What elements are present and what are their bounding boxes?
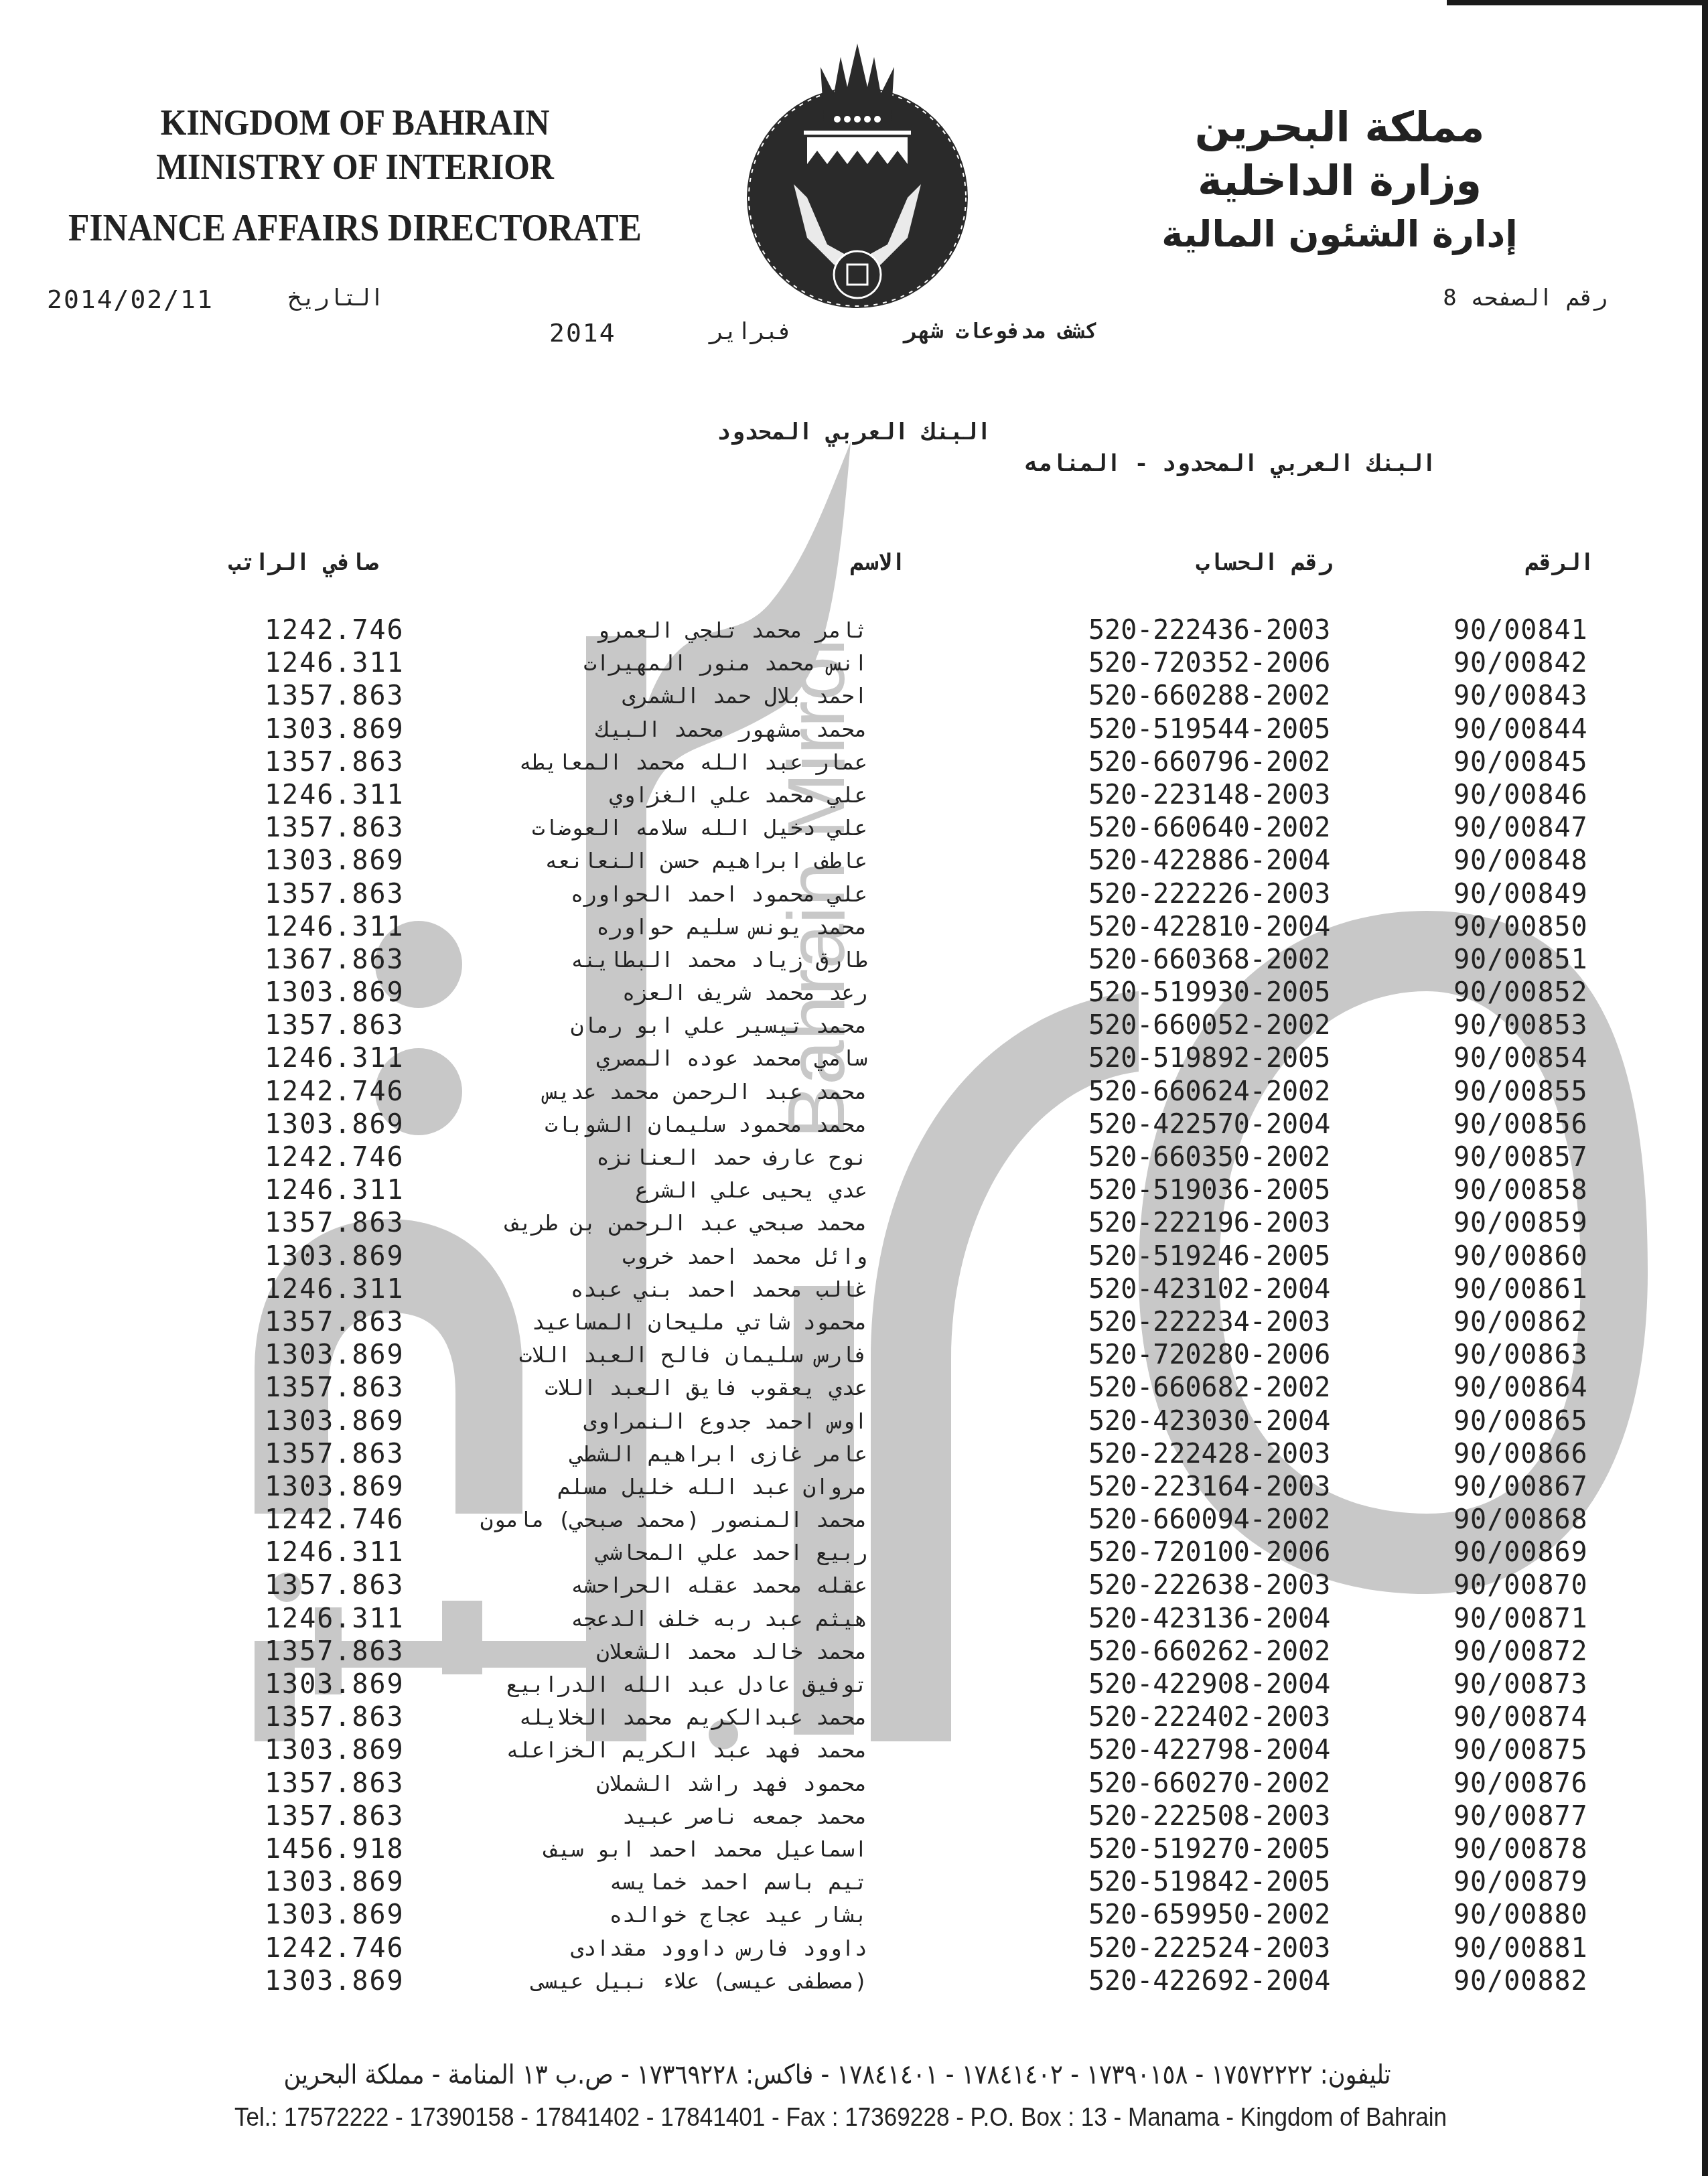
table-row: 90/00870520-222638-2003عقله محمد عقله ال… [0,1570,1708,1603]
account-number: 520-519270-2005 [1088,1834,1330,1865]
table-row: 90/00848520-422886-2004عاطف ابراهيم حسن … [0,845,1708,878]
employee-name: داوود فارس داوود مقدادى [571,1936,867,1961]
account-number: 520-422798-2004 [1088,1735,1330,1765]
employee-name: عامر غازى ابراهيم الشطي [571,1441,867,1467]
row-number: 90/00845 [1453,747,1588,778]
net-salary: 1303.869 [265,1339,405,1370]
employee-name: محمد فهد عبد الكريم الخزاعله [506,1737,867,1763]
row-number: 90/00859 [1453,1208,1588,1238]
row-number: 90/00864 [1453,1372,1588,1403]
row-number: 90/00880 [1453,1899,1588,1930]
employee-name: تيم باسم احمد خمايسه [610,1869,867,1895]
row-number: 90/00841 [1453,615,1588,646]
account-number: 520-720280-2006 [1088,1339,1330,1370]
table-row: 90/00846520-223148-2003علي محمد علي الغز… [0,780,1708,812]
table-row: 90/00855520-660624-2002محمد عبد الرحمن م… [0,1076,1708,1109]
employee-name: محمد صبحي عبد الرحمن بن طريف [506,1210,867,1236]
row-number: 90/00869 [1453,1537,1588,1568]
arabic-letterhead: مملكة البحرين وزارة الداخلية إدارة الشئو… [1072,100,1608,261]
arabic-header-line-3: إدارة الشئون المالية [1072,208,1608,261]
net-salary: 1303.869 [265,1241,405,1272]
net-salary: 1357.863 [265,1636,405,1667]
net-salary: 1303.869 [265,1471,405,1502]
employee-name: احمد بلال حمد الشمرى [622,683,867,709]
account-number: 520-222508-2003 [1088,1801,1330,1832]
net-salary: 1242.746 [265,1076,405,1107]
table-row: 90/00879520-519842-2005تيم باسم احمد خما… [0,1867,1708,1899]
net-salary: 1303.869 [265,1966,405,1997]
row-number: 90/00849 [1453,879,1588,910]
table-row: 90/00852520-519930-2005رعد محمد شريف الع… [0,977,1708,1010]
payment-table-body: 90/00841520-222436-2003ثامر محمد تلجي ال… [0,615,1708,1999]
employee-name: نوح عارف حمد العنانزه [596,1145,867,1170]
row-number: 90/00852 [1453,977,1588,1008]
row-number: 90/00844 [1453,714,1588,745]
row-number: 90/00847 [1453,812,1588,843]
table-row: 90/00853520-660052-2002محمد تيسير علي اب… [0,1010,1708,1043]
employee-name: اوس احمد جدوع النمراوى [583,1408,867,1434]
net-salary: 1357.863 [265,1208,405,1238]
account-number: 520-720352-2006 [1088,648,1330,678]
account-number: 520-422810-2004 [1088,912,1330,942]
row-number: 90/00851 [1453,944,1588,975]
net-salary: 1303.869 [265,714,405,745]
employee-name: محمد عبدالكريم محمد الخلايله [519,1704,867,1730]
footer-contact-arabic: تليفون: ١٧٥٧٢٢٢٢ - ١٧٣٩٠١٥٨ - ١٧٨٤١٤٠٢ -… [242,2059,1433,2090]
column-header-name: الاسم [851,549,906,576]
row-number: 90/00882 [1453,1966,1588,1997]
row-number: 90/00863 [1453,1339,1588,1370]
row-number: 90/00855 [1453,1076,1588,1107]
column-header-account: رقم الحساب [1196,549,1333,576]
row-number: 90/00879 [1453,1867,1588,1897]
account-number: 520-423136-2004 [1088,1603,1330,1634]
table-row: 90/00862520-222234-2003محمود شاتي مليحان… [0,1307,1708,1339]
employee-name: محمد جمعه ناصر عبيد [622,1804,867,1829]
account-number: 520-222524-2003 [1088,1933,1330,1964]
row-number: 90/00846 [1453,780,1588,810]
employee-name: علي دخيل الله سلامه العوضات [532,815,867,841]
table-row: 90/00877520-222508-2003محمد جمعه ناصر عب… [0,1801,1708,1834]
account-number: 520-519544-2005 [1088,714,1330,745]
net-salary: 1242.746 [265,1933,405,1964]
table-row: 90/00844520-519544-2005محمد مشهور محمد ا… [0,714,1708,747]
net-salary: 1357.863 [265,1570,405,1601]
table-row: 90/00876520-660270-2002محمود فهد راشد ال… [0,1768,1708,1801]
bank-branch: البنك العربي المحدود - المنامه [1025,450,1436,477]
english-letterhead: KINGDOM OF BAHRAIN MINISTRY OF INTERIOR … [33,100,677,250]
net-salary: 1246.311 [265,1175,405,1206]
table-row: 90/00847520-660640-2002علي دخيل الله سلا… [0,812,1708,845]
row-number: 90/00871 [1453,1603,1588,1634]
net-salary: 1357.863 [265,747,405,778]
statement-month: فبراير [710,318,792,345]
account-number: 520-660682-2002 [1088,1372,1330,1403]
row-number: 90/00848 [1453,845,1588,876]
employee-name: محمد يونس سليم حواوره [596,914,867,940]
net-salary: 1367.863 [265,944,405,975]
account-number: 520-222436-2003 [1088,615,1330,646]
employee-name: محمد مشهور محمد البيك [596,717,867,742]
row-number: 90/00861 [1453,1274,1588,1305]
table-row: 90/00856520-422570-2004محمد محمود سليمان… [0,1109,1708,1142]
net-salary: 1246.311 [265,912,405,942]
row-number: 90/00874 [1453,1702,1588,1733]
table-row: 90/00849520-222226-2003علي محمود احمد ال… [0,879,1708,912]
net-salary: 1357.863 [265,1801,405,1832]
employee-name: توفيق عادل عبد الله الدرابيع [506,1672,867,1697]
row-number: 90/00870 [1453,1570,1588,1601]
table-row: 90/00850520-422810-2004محمد يونس سليم حو… [0,912,1708,944]
row-number: 90/00856 [1453,1109,1588,1140]
table-row: 90/00880520-659950-2002بشار عيد عجاج خوا… [0,1899,1708,1932]
net-salary: 1303.869 [265,1669,405,1700]
row-number: 90/00875 [1453,1735,1588,1765]
net-salary: 1246.311 [265,780,405,810]
row-number: 90/00857 [1453,1142,1588,1173]
net-salary: 1357.863 [265,1372,405,1403]
employee-name: طارق زياد محمد البطاينه [571,947,867,972]
table-row: 90/00873520-422908-2004توفيق عادل عبد ال… [0,1669,1708,1702]
net-salary: 1357.863 [265,812,405,843]
table-row: 90/00841520-222436-2003ثامر محمد تلجي ال… [0,615,1708,648]
net-salary: 1357.863 [265,1010,405,1041]
table-row: 90/00881520-222524-2003داوود فارس داوود … [0,1933,1708,1966]
english-header-line-3: FINANCE AFFAIRS DIRECTORATE [59,206,650,250]
account-number: 520-222402-2003 [1088,1702,1330,1733]
column-header-net-salary: صافي الراتب [228,549,378,576]
employee-name: عقله محمد عقله الحراحشه [571,1573,867,1598]
table-row: 90/00869520-720100-2006ربيع احمد علي الم… [0,1537,1708,1570]
net-salary: 1242.746 [265,1142,405,1173]
net-salary: 1246.311 [265,1537,405,1568]
employee-name: ثامر محمد تلجي العمرو [596,618,867,643]
employee-name: هيثم عبد ربه خلف الدعجه [571,1606,867,1631]
row-number: 90/00881 [1453,1933,1588,1964]
row-number: 90/00876 [1453,1768,1588,1799]
account-number: 520-423030-2004 [1088,1406,1330,1437]
account-number: 520-660288-2002 [1088,680,1330,711]
account-number: 520-519036-2005 [1088,1175,1330,1206]
net-salary: 1303.869 [265,1899,405,1930]
account-number: 520-423102-2004 [1088,1274,1330,1305]
english-header-line-1: KINGDOM OF BAHRAIN [59,100,650,145]
net-salary: 1357.863 [265,879,405,910]
page-number: رقم الصفحه 8 [1443,285,1608,311]
employee-name: مروان عبد الله خليل مسلم [558,1474,867,1500]
net-salary: 1242.746 [265,615,405,646]
account-number: 520-422692-2004 [1088,1966,1330,1997]
account-number: 520-222196-2003 [1088,1208,1330,1238]
employee-name: محمد تيسير علي ابو رمان [571,1013,867,1038]
employee-name: فارس سليمان فالح العبد اللات [519,1342,867,1368]
bank-name: البنك العربي المحدود [717,419,991,445]
employee-name: انس محمد منور المهيرات [583,650,867,676]
account-number: 520-422908-2004 [1088,1669,1330,1700]
account-number: 520-660270-2002 [1088,1768,1330,1799]
date-label: التاريخ [288,285,384,311]
table-row: 90/00858520-519036-2005عدي يحيى علي الشر… [0,1175,1708,1208]
account-number: 520-519892-2005 [1088,1043,1330,1074]
row-number: 90/00868 [1453,1504,1588,1535]
employee-name: محمد عبد الرحمن محمد عديس [545,1079,867,1104]
employee-name: غالب محمد احمد بني عبده [571,1277,867,1302]
table-row: 90/00863520-720280-2006فارس سليمان فالح … [0,1339,1708,1372]
row-number: 90/00860 [1453,1241,1588,1272]
table-row: 90/00859520-222196-2003محمد صبحي عبد الر… [0,1208,1708,1240]
net-salary: 1246.311 [265,1043,405,1074]
account-number: 520-660052-2002 [1088,1010,1330,1041]
row-number: 90/00842 [1453,648,1588,678]
table-row: 90/00845520-660796-2002عمار عبد الله محم… [0,747,1708,780]
net-salary: 1456.918 [265,1834,405,1865]
net-salary: 1246.311 [265,648,405,678]
arabic-header-line-1: مملكة البحرين [1072,100,1608,154]
account-number: 520-519246-2005 [1088,1241,1330,1272]
table-row: 90/00878520-519270-2005اسماعيل محمد احمد… [0,1834,1708,1867]
table-row: 90/00842520-720352-2006انس محمد منور الم… [0,648,1708,680]
net-salary: 1246.311 [265,1274,405,1305]
row-number: 90/00865 [1453,1406,1588,1437]
row-number: 90/00866 [1453,1439,1588,1469]
employee-name: علي محمود احمد الحواوره [571,881,867,907]
employee-name: محمد المنصور (محمد صبحي) مامون [480,1507,867,1532]
employee-name: عدي يعقوب فايق العبد اللات [545,1375,867,1400]
account-number: 520-660350-2002 [1088,1142,1330,1173]
row-number: 90/00854 [1453,1043,1588,1074]
account-number: 520-222234-2003 [1088,1307,1330,1337]
statement-label: كشف مدفوعات شهر [904,318,1098,344]
net-salary: 1357.863 [265,1768,405,1799]
net-salary: 1303.869 [265,1735,405,1765]
account-number: 520-660796-2002 [1088,747,1330,778]
table-row: 90/00871520-423136-2004هيثم عبد ربه خلف … [0,1603,1708,1636]
row-number: 90/00877 [1453,1801,1588,1832]
table-row: 90/00882520-422692-2004(مصطفى عيسى) علاء… [0,1966,1708,1999]
bahrain-crown-emblem-icon [727,44,988,311]
row-number: 90/00843 [1453,680,1588,711]
net-salary: 1357.863 [265,1439,405,1469]
row-number: 90/00878 [1453,1834,1588,1865]
table-row: 90/00875520-422798-2004محمد فهد عبد الكر… [0,1735,1708,1767]
table-row: 90/00854520-519892-2005سامي محمد عوده ال… [0,1043,1708,1076]
account-number: 520-422570-2004 [1088,1109,1330,1140]
table-row: 90/00872520-660262-2002محمد خالد محمد ال… [0,1636,1708,1669]
account-number: 520-660624-2002 [1088,1076,1330,1107]
account-number: 520-659950-2002 [1088,1899,1330,1930]
row-number: 90/00862 [1453,1307,1588,1337]
table-row: 90/00874520-222402-2003محمد عبدالكريم مح… [0,1702,1708,1735]
account-number: 520-222226-2003 [1088,879,1330,910]
row-number: 90/00867 [1453,1471,1588,1502]
net-salary: 1303.869 [265,977,405,1008]
table-row: 90/00857520-660350-2002نوح عارف حمد العن… [0,1142,1708,1175]
row-number: 90/00858 [1453,1175,1588,1206]
row-number: 90/00873 [1453,1669,1588,1700]
table-row: 90/00868520-660094-2002محمد المنصور (محم… [0,1504,1708,1537]
account-number: 520-422886-2004 [1088,845,1330,876]
row-number: 90/00850 [1453,912,1588,942]
account-number: 520-720100-2006 [1088,1537,1330,1568]
page-number-value: 8 [1443,285,1456,311]
account-number: 520-660262-2002 [1088,1636,1330,1667]
net-salary: 1303.869 [265,1109,405,1140]
account-number: 520-223148-2003 [1088,780,1330,810]
employee-name: علي محمد علي الغزاوي [610,782,867,808]
account-number: 520-660368-2002 [1088,944,1330,975]
employee-name: (مصطفى عيسى) علاء نبيل عيسى [532,1968,867,1994]
employee-name: وائل محمد احمد خروب [622,1244,867,1269]
employee-name: محمد محمود سليمان الشوبات [545,1112,867,1137]
date-value: 2014/02/11 [47,285,214,314]
row-number: 90/00872 [1453,1636,1588,1667]
account-number: 520-519842-2005 [1088,1867,1330,1897]
english-header-line-2: MINISTRY OF INTERIOR [59,145,650,189]
account-number: 520-660094-2002 [1088,1504,1330,1535]
employee-name: عدي يحيى علي الشرع [635,1177,867,1203]
net-salary: 1357.863 [265,1307,405,1337]
statement-year: 2014 [549,318,616,348]
account-number: 520-519930-2005 [1088,977,1330,1008]
net-salary: 1303.869 [265,1867,405,1897]
net-salary: 1303.869 [265,845,405,876]
employee-name: رعد محمد شريف العزه [622,980,867,1005]
employee-name: عمار عبد الله محمد المعايطه [519,749,867,775]
net-salary: 1242.746 [265,1504,405,1535]
row-number: 90/00853 [1453,1010,1588,1041]
column-header-number: الرقم [1526,549,1594,576]
employee-name: محمود شاتي مليحان المساعيد [532,1309,867,1335]
employee-name: ربيع احمد علي المحاشي [596,1540,867,1565]
account-number: 520-660640-2002 [1088,812,1330,843]
employee-name: بشار عيد عجاج خوالده [610,1902,867,1928]
arabic-header-line-2: وزارة الداخلية [1072,154,1608,208]
table-row: 90/00860520-519246-2005وائل محمد احمد خر… [0,1241,1708,1274]
table-row: 90/00843520-660288-2002احمد بلال حمد الش… [0,680,1708,713]
table-row: 90/00866520-222428-2003عامر غازى ابراهيم… [0,1439,1708,1471]
account-number: 520-222428-2003 [1088,1439,1330,1469]
footer-contact-english: Tel.: 17572222 - 17390158 - 17841402 - 1… [223,2103,1459,2132]
account-number: 520-222638-2003 [1088,1570,1330,1601]
employee-name: محمود فهد راشد الشملان [596,1771,867,1796]
table-row: 90/00865520-423030-2004اوس احمد جدوع الن… [0,1406,1708,1439]
net-salary: 1246.311 [265,1603,405,1634]
table-row: 90/00864520-660682-2002عدي يعقوب فايق ال… [0,1372,1708,1405]
net-salary: 1357.863 [265,680,405,711]
account-number: 520-223164-2003 [1088,1471,1330,1502]
net-salary: 1357.863 [265,1702,405,1733]
table-row: 90/00867520-223164-2003مروان عبد الله خل… [0,1471,1708,1504]
document-page: Bahrain Mirror KINGDOM OF BAHRAIN MINIST… [0,0,1708,2176]
page-label: رقم الصفحه [1470,285,1608,311]
net-salary: 1303.869 [265,1406,405,1437]
employee-name: سامي محمد عوده المصري [596,1045,867,1071]
table-row: 90/00851520-660368-2002طارق زياد محمد ال… [0,944,1708,977]
employee-name: محمد خالد محمد الشعلان [596,1639,867,1664]
employee-name: عاطف ابراهيم حسن النعانعه [545,848,867,873]
employee-name: اسماعيل محمد احمد ابو سيف [545,1836,867,1862]
table-row: 90/00861520-423102-2004غالب محمد احمد بن… [0,1274,1708,1307]
